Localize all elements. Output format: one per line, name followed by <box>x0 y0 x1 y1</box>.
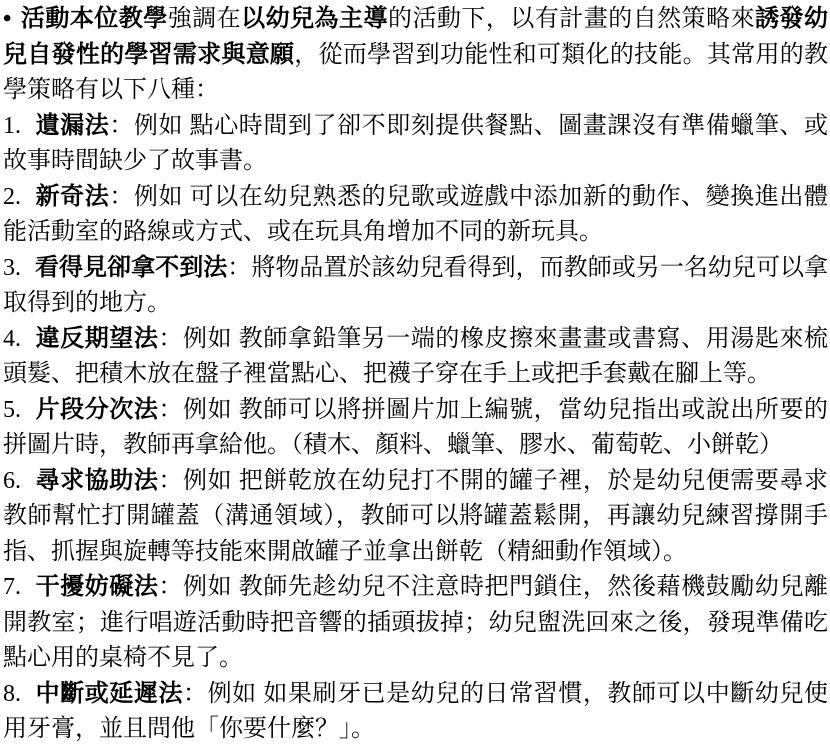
item-colon: ： <box>227 255 251 281</box>
strategy-item-1: 1.遺漏法：例如 點心時間到了卻不即刻提供餐點、圖畫課沒有準備蠟筆、或故事時間缺… <box>3 109 828 180</box>
item-colon: ： <box>158 326 183 352</box>
item-number: 7. <box>3 574 21 600</box>
item-colon: ： <box>158 468 183 494</box>
item-number: 8. <box>3 681 21 707</box>
strategy-item-7: 7.干擾妨礙法：例如 教師先趁幼兒不注意時把門鎖住，然後藉機鼓勵幼兒離開教室；進… <box>3 570 828 677</box>
intro-bold-child-led: 以幼兒為主導 <box>241 6 388 32</box>
intro-bold-activity-based-teaching: 活動本位教學 <box>20 6 167 32</box>
item-number: 1. <box>3 113 21 139</box>
intro-paragraph: •活動本位教學強調在以幼兒為主導的活動下，以有計畫的自然策略來誘發幼兒自發性的學… <box>3 2 828 109</box>
intro-text: 強調在 <box>168 6 241 32</box>
strategy-item-6: 6.尋求協助法：例如 把餅乾放在幼兒打不開的罐子裡，於是幼兒便需要尋求教師幫忙打… <box>3 464 828 571</box>
item-colon: ： <box>183 681 208 707</box>
item-number: 4. <box>3 326 21 352</box>
item-name: 看得見卻拿不到法 <box>35 255 227 281</box>
item-number: 6. <box>3 468 21 494</box>
item-name: 片段分次法 <box>35 397 158 423</box>
strategy-item-4: 4.違反期望法：例如 教師拿鉛筆另一端的橡皮擦來畫畫或書寫、用湯匙來梳頭髮、把積… <box>3 322 828 393</box>
item-number: 5. <box>3 397 21 423</box>
item-colon: ： <box>109 113 134 139</box>
document-page: •活動本位教學強調在以幼兒為主導的活動下，以有計畫的自然策略來誘發幼兒自發性的學… <box>0 0 830 747</box>
strategy-item-3: 3.看得見卻拿不到法：將物品置於該幼兒看得到，而教師或另一名幼兒可以拿取得到的地… <box>3 251 828 322</box>
item-name: 新奇法 <box>35 184 109 210</box>
item-colon: ： <box>109 184 134 210</box>
strategy-item-8: 8.中斷或延遲法：例如 如果刷牙已是幼兒的日常習慣，教師可以中斷幼兒使用牙膏，並… <box>3 677 828 747</box>
item-number: 3. <box>3 255 21 281</box>
strategy-item-5: 5.片段分次法：例如 教師可以將拼圖片加上編號，當幼兒指出或說出所要的拼圖片時，… <box>3 393 828 464</box>
item-name: 尋求協助法 <box>35 468 158 494</box>
item-number: 2. <box>3 184 21 210</box>
item-colon: ： <box>158 574 183 600</box>
bullet-icon: • <box>3 6 11 32</box>
item-name: 干擾妨礙法 <box>35 574 158 600</box>
item-colon: ： <box>158 397 183 423</box>
strategy-item-2: 2.新奇法：例如 可以在幼兒熟悉的兒歌或遊戲中添加新的動作、變換進出體能活動室的… <box>3 180 828 251</box>
item-name: 遺漏法 <box>35 113 109 139</box>
item-name: 違反期望法 <box>35 326 158 352</box>
item-name: 中斷或延遲法 <box>35 681 183 707</box>
intro-text: 的活動下，以有計畫的自然策略來 <box>388 6 755 32</box>
